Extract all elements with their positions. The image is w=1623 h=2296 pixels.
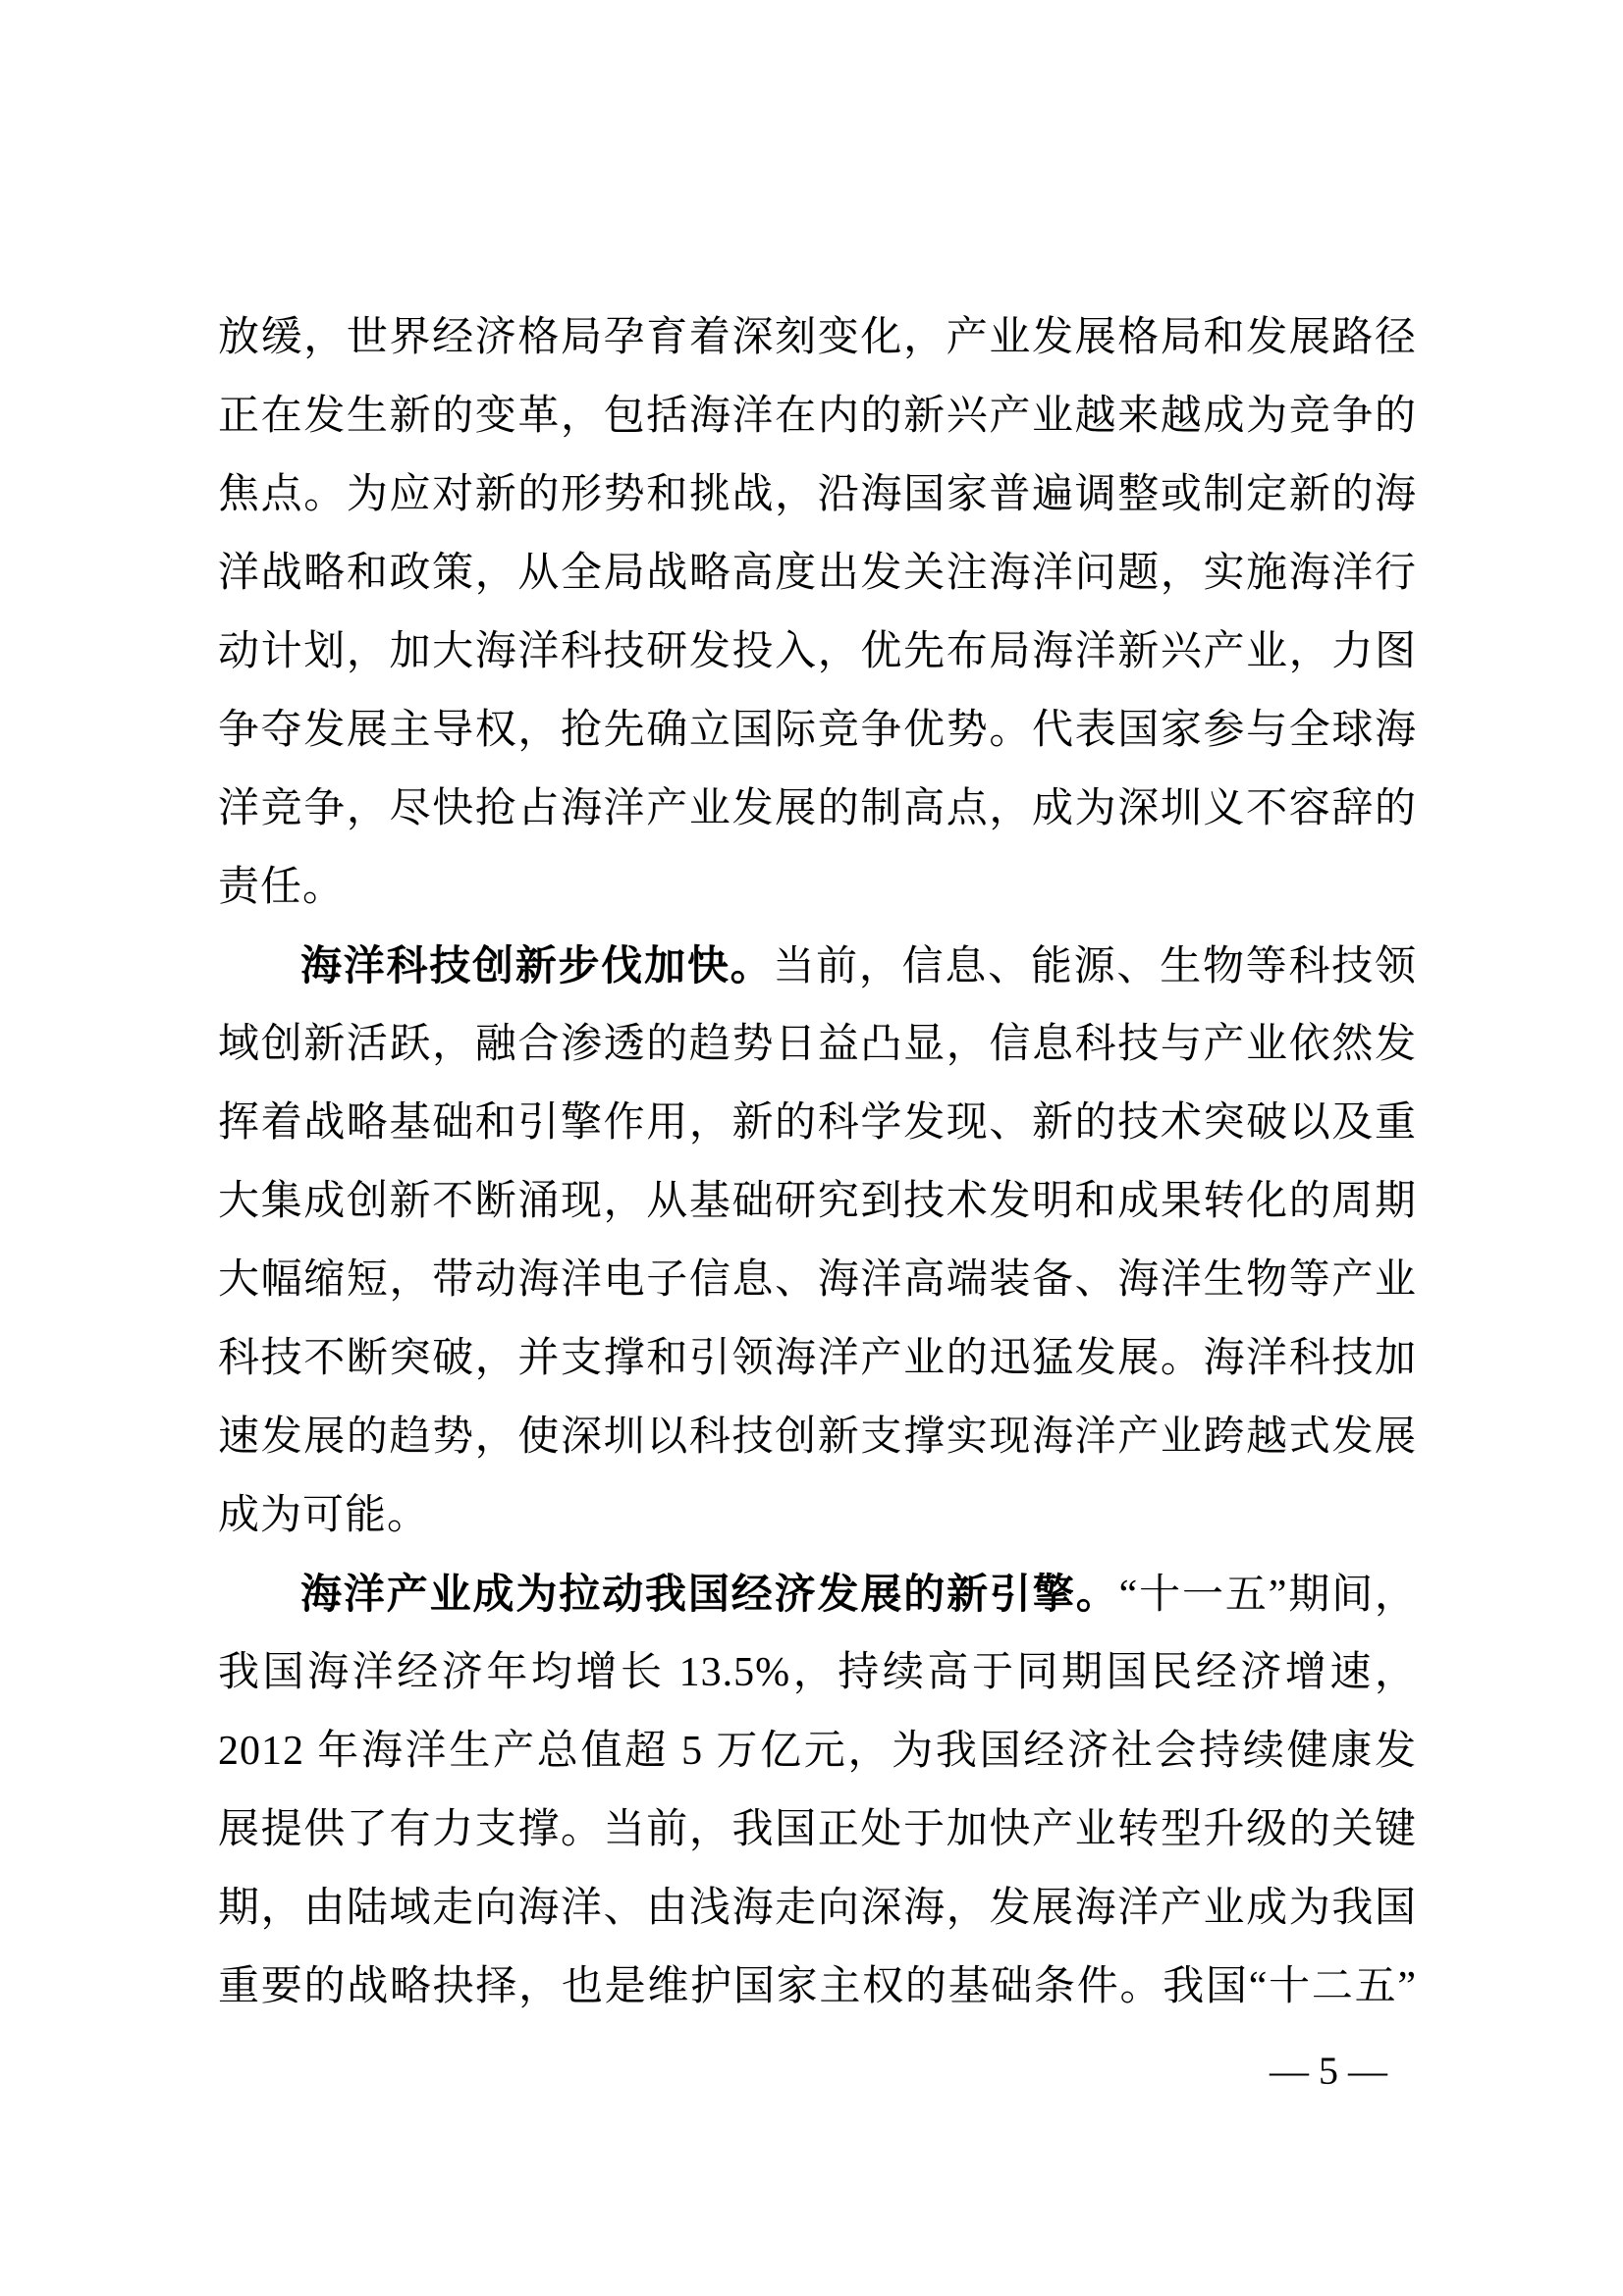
text-line: 洋竞争，尽快抢占海洋产业发展的制高点，成为深圳义不容辞的 bbox=[218, 770, 1417, 848]
text-line: 成为可能。 bbox=[218, 1476, 1417, 1555]
text-line: 责任。 bbox=[218, 848, 1417, 927]
text-line: 期，由陆域走向海洋、由浅海走向深海，发展海洋产业成为我国 bbox=[218, 1869, 1417, 1948]
document-page: 放缓，世界经济格局孕育着深刻变化，产业发展格局和发展路径正在发生新的变革，包括海… bbox=[0, 0, 1623, 2296]
page-number: — 5 — bbox=[1270, 2050, 1387, 2093]
text-line: 正在发生新的变革，包括海洋在内的新兴产业越来越成为竞争的 bbox=[218, 377, 1417, 455]
text-line: 焦点。为应对新的形势和挑战，沿海国家普遍调整或制定新的海 bbox=[218, 455, 1417, 534]
document-body: 放缓，世界经济格局孕育着深刻变化，产业发展格局和发展路径正在发生新的变革，包括海… bbox=[218, 298, 1417, 2026]
text-line: 大幅缩短，带动海洋电子信息、海洋高端装备、海洋生物等产业 bbox=[218, 1241, 1417, 1319]
text-line: 展提供了有力支撑。当前，我国正处于加快产业转型升级的关键 bbox=[218, 1790, 1417, 1869]
text-line: 域创新活跃，融合渗透的趋势日益凸显，信息科技与产业依然发 bbox=[218, 1005, 1417, 1084]
text-line: 2012 年海洋生产总值超 5 万亿元，为我国经济社会持续健康发 bbox=[218, 1712, 1417, 1790]
paragraph-lead-bold: 海洋产业成为拉动我国经济发展的新引擎。 bbox=[300, 1571, 1119, 1617]
text-line: 动计划，加大海洋科技研发投入，优先布局海洋新兴产业，力图 bbox=[218, 613, 1417, 691]
text-line: 重要的战略抉择，也是维护国家主权的基础条件。我国“十二五” bbox=[218, 1948, 1417, 2026]
paragraph-lead-bold: 海洋科技创新步伐加快。 bbox=[300, 942, 773, 988]
text-line: 海洋产业成为拉动我国经济发展的新引擎。“十一五”期间， bbox=[218, 1555, 1417, 1633]
text-line: 争夺发展主导权，抢先确立国际竞争优势。代表国家参与全球海 bbox=[218, 691, 1417, 770]
text-line: 大集成创新不断涌现，从基础研究到技术发明和成果转化的周期 bbox=[218, 1162, 1417, 1241]
text-line: 科技不断突破，并支撑和引领海洋产业的迅猛发展。海洋科技加 bbox=[218, 1319, 1417, 1398]
text-line: 挥着战略基础和引擎作用，新的科学发现、新的技术突破以及重 bbox=[218, 1084, 1417, 1162]
text-line: 海洋科技创新步伐加快。当前，信息、能源、生物等科技领 bbox=[218, 927, 1417, 1005]
text-line: 我国海洋经济年均增长 13.5%，持续高于同期国民经济增速， bbox=[218, 1633, 1417, 1712]
text-line: 速发展的趋势，使深圳以科技创新支撑实现海洋产业跨越式发展 bbox=[218, 1398, 1417, 1476]
text-line: 放缓，世界经济格局孕育着深刻变化，产业发展格局和发展路径 bbox=[218, 298, 1417, 377]
text-line: 洋战略和政策，从全局战略高度出发关注海洋问题，实施海洋行 bbox=[218, 534, 1417, 613]
